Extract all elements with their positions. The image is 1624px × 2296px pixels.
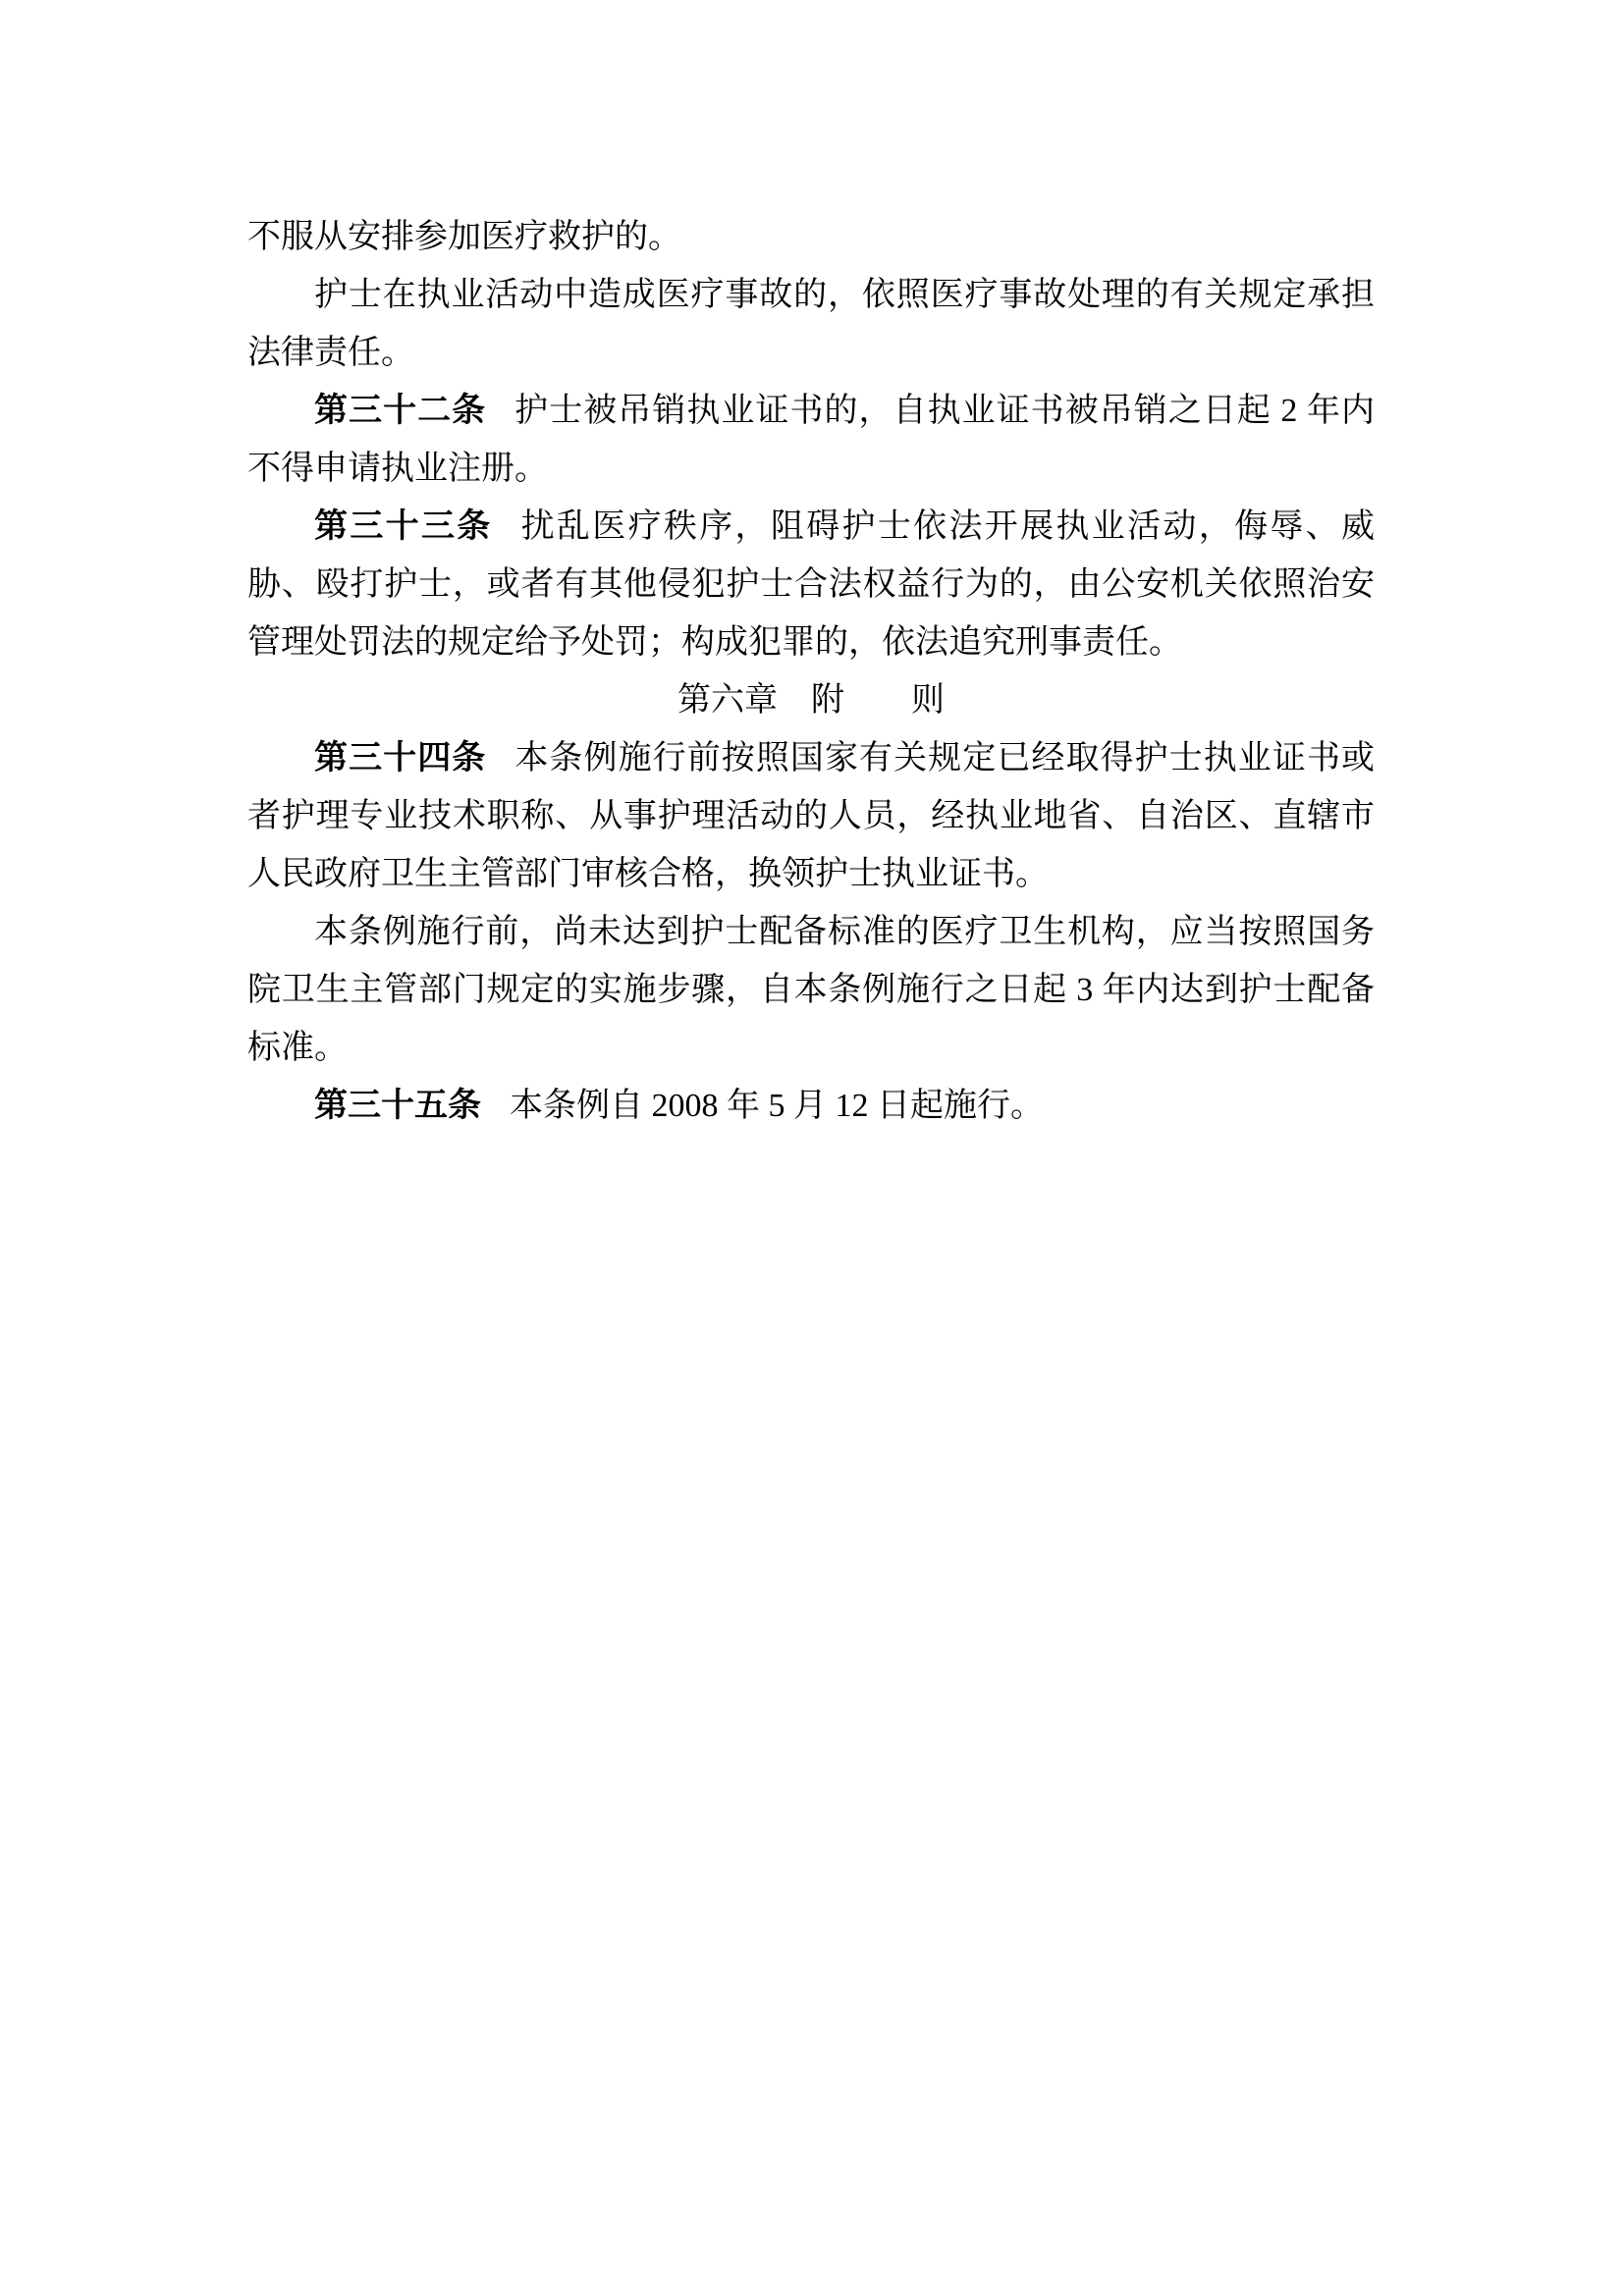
article-34-paragraph: 第三十四条本条例施行前按照国家有关规定已经取得护士执业证书或者护理专业技术职称、… <box>247 729 1375 903</box>
article-number: 第三十四条 <box>314 740 486 776</box>
chapter-heading: 第六章 附 则 <box>247 671 1375 729</box>
paragraph-continuation: 不服从安排参加医疗救护的。 <box>247 208 1375 266</box>
article-number: 第三十五条 <box>314 1088 481 1124</box>
article-32-paragraph: 第三十二条护士被吊销执业证书的，自执业证书被吊销之日起 2 年内不得申请执业注册… <box>247 382 1375 498</box>
article-number: 第三十二条 <box>314 393 486 429</box>
paragraph-text: 不服从安排参加医疗救护的。 <box>247 219 681 255</box>
paragraph-text: 护士在执业活动中造成医疗事故的，依照医疗事故处理的有关规定承担法律责任。 <box>247 277 1375 371</box>
document-body: 不服从安排参加医疗救护的。 护士在执业活动中造成医疗事故的，依照医疗事故处理的有… <box>247 208 1375 1135</box>
paragraph: 本条例施行前，尚未达到护士配备标准的医疗卫生机构，应当按照国务院卫生主管部门规定… <box>247 903 1375 1077</box>
paragraph-text: 本条例自 2008 年 5 月 12 日起施行。 <box>510 1088 1044 1124</box>
article-number: 第三十三条 <box>314 508 493 545</box>
article-35-paragraph: 第三十五条本条例自 2008 年 5 月 12 日起施行。 <box>247 1077 1375 1135</box>
article-33-paragraph: 第三十三条扰乱医疗秩序，阻碍护士依法开展执业活动，侮辱、威胁、殴打护士，或者有其… <box>247 498 1375 671</box>
paragraph: 护士在执业活动中造成医疗事故的，依照医疗事故处理的有关规定承担法律责任。 <box>247 266 1375 382</box>
paragraph-text: 本条例施行前，尚未达到护士配备标准的医疗卫生机构，应当按照国务院卫生主管部门规定… <box>247 914 1375 1066</box>
document-page: 不服从安排参加医疗救护的。 护士在执业活动中造成医疗事故的，依照医疗事故处理的有… <box>0 0 1624 2296</box>
